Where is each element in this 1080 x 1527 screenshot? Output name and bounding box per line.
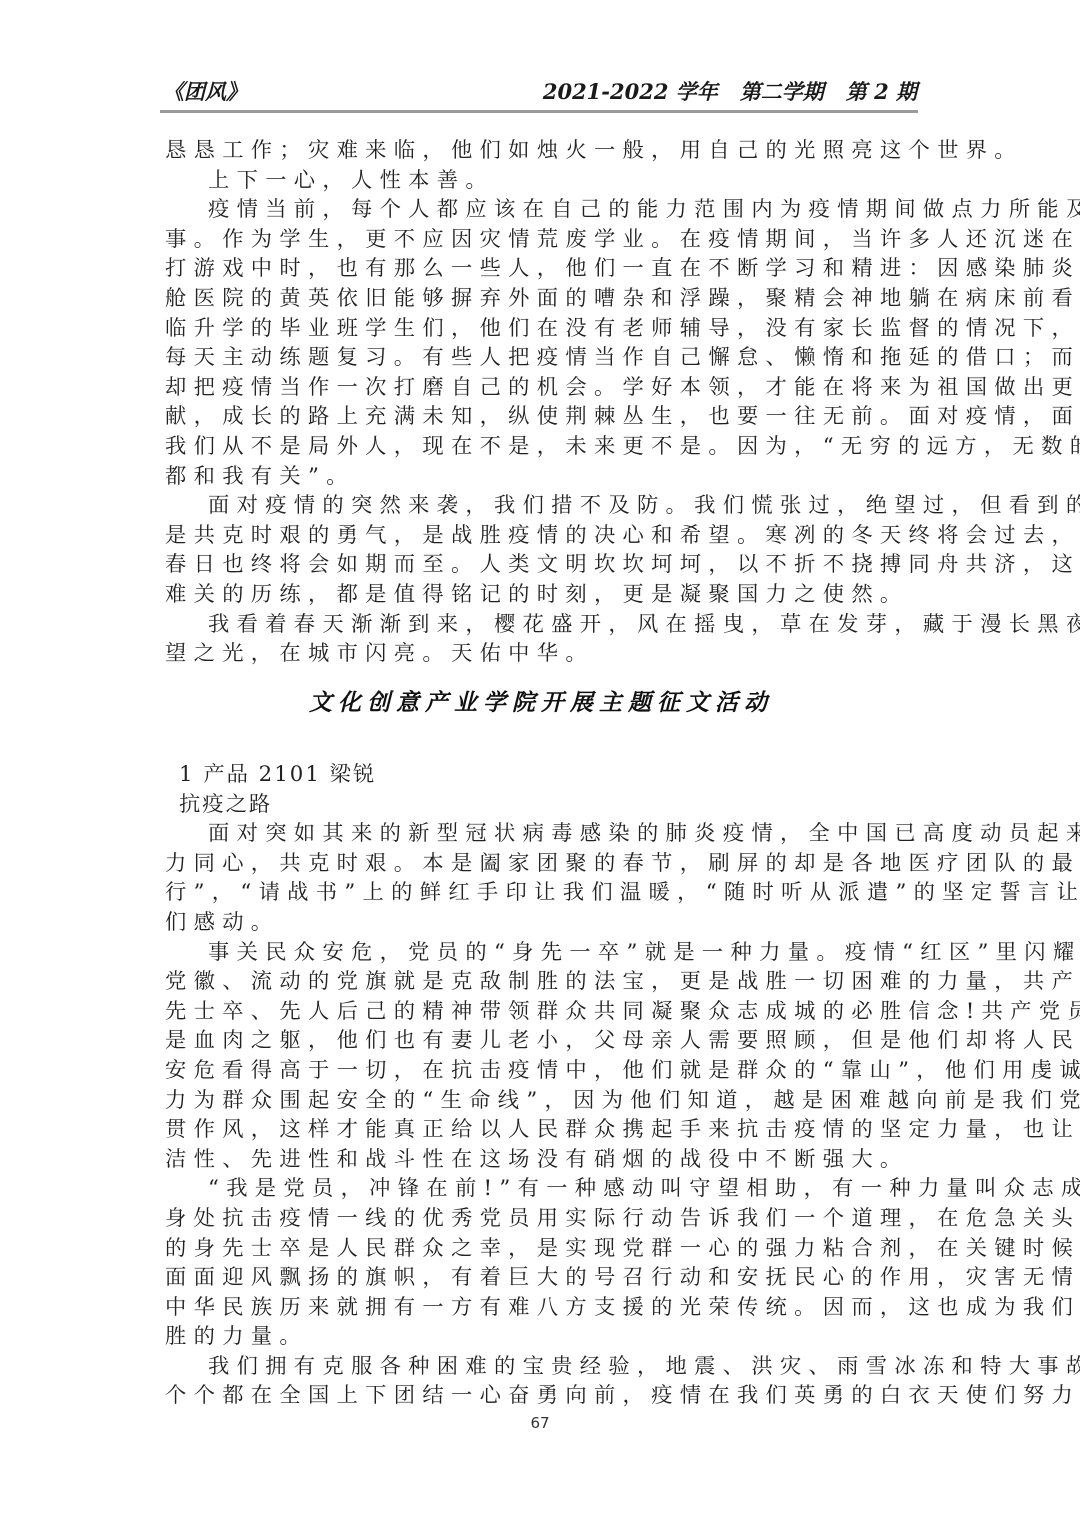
essay-title: 抗疫之路 (165, 790, 917, 820)
issue-info: 2021-2022 学年第二学期第 2 期 (521, 76, 917, 106)
text-line: 都和我有关”。 (165, 462, 917, 492)
text-line: 贯作风，这样才能真正给以人民群众携起手来抗击疫情的坚定力量，也让党的纯 (165, 1115, 917, 1145)
header-divider (160, 110, 918, 113)
text-line: 力同心，共克时艰。本是阖家团聚的春节，刷屏的却是各地医疗团队的最美“逆 (165, 849, 917, 879)
text-line: 却把疫情当作一次打磨自己的机会。学好本领，才能在将来为祖国做出更大的贡 (165, 373, 917, 403)
text-line: 身处抗击疫情一线的优秀党员用实际行动告诉我们一个道理，在危急关头，党员 (165, 1204, 917, 1234)
text-line: 我们拥有克服各种困难的宝贵经验，地震、洪灾、雨雪冰冻和特大事故，一 (165, 1352, 917, 1382)
text-line: 胜的力量。 (165, 1322, 917, 1352)
text-line: 疫情当前，每个人都应该在自己的能力范围内为疫情期间做点力所能及的 (165, 195, 917, 225)
text-line: “我是党员，冲锋在前!”有一种感动叫守望相助，有一种力量叫众志成城。 (165, 1174, 917, 1204)
text-line: 恳恳工作；灾难来临，他们如烛火一般，用自己的光照亮这个世界。 (165, 136, 917, 166)
text-line: 我看着春天渐渐到来，樱花盛开，风在摇曳，草在发芽，藏于漫长黑夜的希 (165, 610, 917, 640)
publication-name: 《团风》 (163, 76, 247, 106)
issue-number: 第 2 期 (846, 79, 917, 104)
text-line: 个个都在全国上下团结一心奋勇向前，疫情在我们英勇的白衣天使们努力拼搏面 (165, 1381, 917, 1411)
text-line: 临升学的毕业班学生们，他们在没有老师辅导，没有家长监督的情况下，也知道 (165, 314, 917, 344)
text-line: 行”，“请战书”上的鲜红手印让我们温暖，“随时听从派遣”的坚定誓言让我 (165, 878, 917, 908)
text-line: 难关的历练，都是值得铭记的时刻，更是凝聚国力之使然。 (165, 580, 917, 610)
text-line: 先士卒、先人后己的精神带领群众共同凝聚众志成城的必胜信念!共产党员虽然 (165, 997, 917, 1027)
text-line: 事关民众安危，党员的“身先一卒”就是一种力量。疫情“红区”里闪耀的 (165, 938, 917, 968)
text-line: 是共克时艰的勇气，是战胜疫情的决心和希望。寒冽的冬天终将会过去，温暖的 (165, 521, 917, 551)
text-line: 我们从不是局外人，现在不是，未来更不是。因为，“无穷的远方，无数的人们， (165, 432, 917, 462)
text-line: 们感动。 (165, 908, 917, 938)
text-line: 面对疫情的突然来袭，我们措不及防。我们慌张过，绝望过，但看到的更多 (165, 491, 917, 521)
text-line: 舱医院的黄英依旧能够摒弃外面的嘈杂和浮躁，聚精会神地躺在病床前看书；面 (165, 284, 917, 314)
text-line: 献，成长的路上充满未知，纵使荆棘丛生，也要一往无前。面对疫情，面对社会， (165, 402, 917, 432)
text-line: 安危看得高于一切，在抗击疫情中，他们就是群众的“靠山”，他们用虔诚和努 (165, 1056, 917, 1086)
text-line: 是血肉之躯，他们也有妻儿老小，父母亲人需要照顾，但是他们却将人民群众的 (165, 1026, 917, 1056)
text-line: 打游戏中时，也有那么一些人，他们一直在不断学习和精进：因感染肺炎住进方 (165, 254, 917, 284)
text-line: 每天主动练题复习。有些人把疫情当作自己懈怠、懒惰和拖延的借口；而有的人 (165, 343, 917, 373)
text-line: 望之光，在城市闪亮。天佑中华。 (165, 639, 917, 669)
academic-year: 2021-2022 学年 (543, 79, 718, 104)
article-title: 文化创意产业学院开展主题征文活动 (165, 684, 917, 717)
text-line: 洁性、先进性和战斗性在这场没有硝烟的战役中不断强大。 (165, 1145, 917, 1175)
author-byline: 1 产品 2101 梁锐 (165, 760, 917, 790)
text-line: 事。作为学生，更不应因灾情荒废学业。在疫情期间，当许多人还沉迷在追剧、 (165, 225, 917, 255)
section-essay: 1 产品 2101 梁锐 抗疫之路 面对突如其来的新型冠状病毒感染的肺炎疫情，全… (165, 760, 917, 1411)
text-line: 的身先士卒是人民群众之幸，是实现党群一心的强力粘合剂，在关键时候就是一 (165, 1234, 917, 1264)
page-number: 67 (0, 1414, 1080, 1432)
semester: 第二学期 (740, 79, 824, 104)
text-line: 上下一心，人性本善。 (165, 166, 917, 196)
text-line: 力为群众围起安全的“生命线”，因为他们知道，越是困难越向前是我们党的一 (165, 1086, 917, 1116)
page-header: 《团风》 2021-2022 学年第二学期第 2 期 (163, 76, 917, 106)
text-line: 面面迎风飘扬的旗帜，有着巨大的号召行动和安抚民心的作用，灾害无情人有情。 (165, 1263, 917, 1293)
essay-body: 面对突如其来的新型冠状病毒感染的肺炎疫情，全中国已高度动员起来，勠力同心，共克时… (165, 819, 917, 1411)
section-previous-essay-ending: 恳恳工作；灾难来临，他们如烛火一般，用自己的光照亮这个世界。上下一心，人性本善。… (165, 136, 917, 669)
text-line: 中华民族历来就拥有一方有难八方支援的光荣传统。因而，这也成为我们战无不 (165, 1293, 917, 1323)
text-line: 春日也终将会如期而至。人类文明坎坎坷坷，以不折不挠搏同舟共济，这些度过 (165, 550, 917, 580)
text-line: 党徽、流动的党旗就是克敌制胜的法宝，更是战胜一切困难的力量，共产党员身 (165, 967, 917, 997)
text-line: 面对突如其来的新型冠状病毒感染的肺炎疫情，全中国已高度动员起来，勠 (165, 819, 917, 849)
